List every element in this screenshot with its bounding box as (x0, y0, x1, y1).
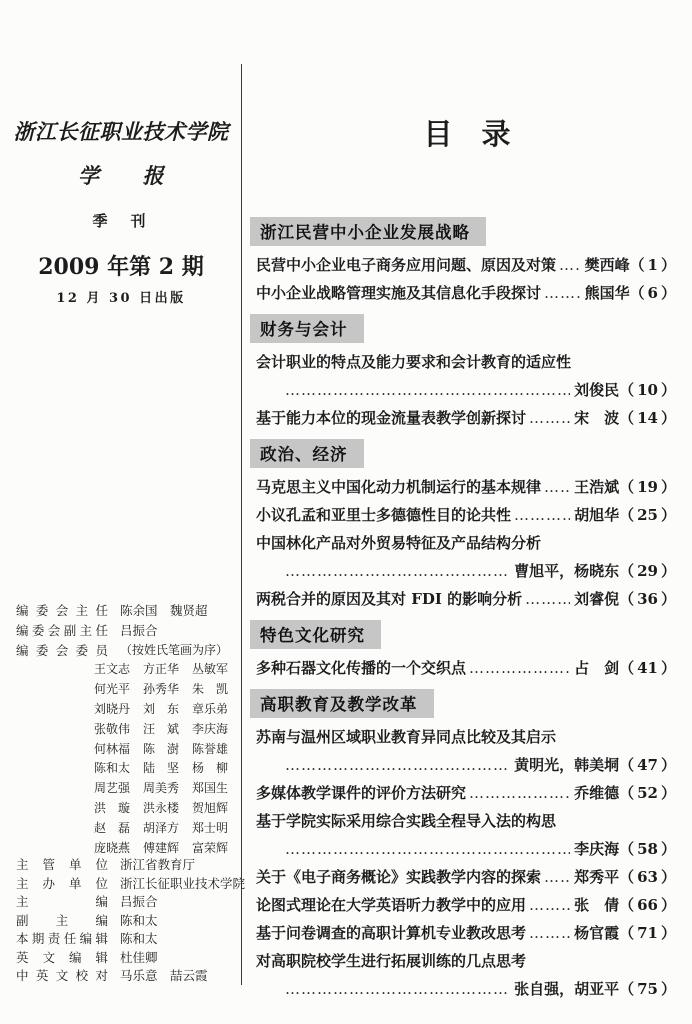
toc-article-line: 小议孔孟和亚里士多德德性目的论共性胡旭华（ 25 ） (256, 501, 676, 529)
committee-name-row: 何光平孙秀华朱 凯 (94, 680, 228, 700)
journal-toc-page: 浙江长征职业技术学院 学 报 季 刊 2009 年第 2 期 12 月 30 日… (0, 0, 692, 1024)
committee-name-row: 何林福陈 澍陈誉雄 (94, 740, 228, 760)
publication-info-block: 主管单位浙江省教育厅主办单位浙江长征职业技术学院主编吕振合副主编陈和太本期责任编… (16, 856, 240, 986)
toc-article-title-line: 对高职院校学生进行拓展训练的几点思考 (256, 947, 676, 975)
toc-article-title: 关于《电子商务概论》实践教学内容的探索 (256, 863, 541, 891)
toc-article-line: 多种石器文化传播的一个交织点占 剑（ 41 ） (256, 654, 676, 682)
journal-publish-date: 12 月 30 日出版 (0, 287, 242, 306)
publication-info-label: 中英文校对 (16, 967, 108, 986)
toc-article-line: 多媒体教学课件的评价方法研究乔维德（ 52 ） (256, 779, 676, 807)
toc-article-author-page: 李庆海（ 58 ） (570, 835, 676, 863)
toc-section-header-row: 浙江民营中小企业发展战略 (256, 210, 676, 251)
editorial-board-label: 编委会主任 (16, 601, 108, 621)
toc-article-line: 马克思主义中国化动力机制运行的基本规律王浩斌（ 19 ） (256, 473, 676, 501)
committee-member-name: 何光平 (94, 680, 130, 700)
toc-article-line: 两税合并的原因及其对 FDI 的影响分析刘睿倪（ 36 ） (256, 585, 676, 613)
committee-name-row: 赵 磊胡泽方郑士明 (94, 819, 228, 839)
toc-section-header-row: 特色文化研究 (256, 613, 676, 654)
publication-info-value: 浙江长征职业技术学院 (120, 875, 245, 894)
editorial-board-value: 陈余国 魏贤超 (120, 601, 208, 621)
toc-section: 高职教育及教学改革苏南与温州区域职业教育异同点比较及其启示黄明光，韩美垌（ 47… (256, 682, 676, 1003)
toc-article-author-page: 郑秀平（ 63 ） (570, 863, 676, 891)
committee-member-name: 郑国生 (192, 779, 228, 799)
publication-info-row: 主管单位浙江省教育厅 (16, 856, 240, 875)
committee-name-row: 张敬伟汪 斌李庆海 (94, 720, 228, 740)
toc-article-title-line: 中国林化产品对外贸易特征及产品结构分析 (256, 529, 676, 557)
toc-article-author-line: 李庆海（ 58 ） (256, 835, 676, 863)
toc-article-author-page: 宋 波（ 14 ） (570, 404, 676, 432)
committee-member-name: 李庆海 (192, 720, 228, 740)
toc-article-line: 基于问卷调查的高职计算机专业教改思考杨官霞（ 71 ） (256, 919, 676, 947)
editorial-board-value: 吕振合 (120, 621, 158, 641)
toc-dot-leader (526, 919, 570, 947)
journal-issue: 2009 年第 2 期 (0, 250, 242, 281)
toc-article-title: 多种石器文化传播的一个交织点 (256, 654, 466, 682)
editorial-board-row: 编委会主任陈余国 魏贤超 (16, 601, 240, 621)
committee-member-name: 赵 磊 (94, 819, 130, 839)
toc-article-title: 两税合并的原因及其对 FDI 的影响分析 (256, 585, 522, 613)
toc-article-author-page: 胡旭华（ 25 ） (570, 501, 676, 529)
toc-article-author-line: 刘俊民（ 10 ） (256, 376, 676, 404)
toc-article-title: 基于问卷调查的高职计算机专业教改思考 (256, 919, 526, 947)
journal-title-line2: 学 报 (0, 154, 242, 198)
editorial-board-block: 编委会主任陈余国 魏贤超编委会副主任吕振合编委会委员（按姓氏笔画为序） 王文志方… (16, 601, 240, 858)
publication-info-row: 主编吕振合 (16, 893, 240, 912)
committee-name-row: 陈和太陆 坚杨 柳 (94, 759, 228, 779)
toc-article-title-line: 基于学院实际采用综合实践全程导入法的构思 (256, 807, 676, 835)
toc-dot-leader (541, 863, 570, 891)
editorial-committee-list: 王文志方正华丛敏军何光平孙秀华朱 凯刘晓丹刘 东章乐弟张敬伟汪 斌李庆海何林福陈… (16, 660, 240, 858)
editorial-board-row: 编委会副主任吕振合 (16, 621, 240, 641)
toc-section-header: 政治、经济 (250, 439, 364, 468)
committee-name-row: 洪 璇洪永楼贺旭辉 (94, 799, 228, 819)
toc-dot-leader (282, 835, 570, 863)
toc-dot-leader (541, 279, 581, 307)
toc-article-author-page: 占 剑（ 41 ） (570, 654, 676, 682)
toc-dot-leader (282, 975, 510, 1003)
publication-info-value: 浙江省教育厅 (120, 856, 195, 875)
committee-member-name: 刘晓丹 (94, 700, 130, 720)
publication-info-row: 英文编辑杜佳卿 (16, 949, 240, 968)
toc-article-title: 多媒体教学课件的评价方法研究 (256, 779, 466, 807)
column-divider (241, 64, 242, 985)
toc-dot-leader (511, 501, 570, 529)
toc-article-title: 民营中小企业电子商务应用问题、原因及对策 (256, 251, 556, 279)
publication-info-label: 主办单位 (16, 875, 108, 894)
editorial-board-rows: 编委会主任陈余国 魏贤超编委会副主任吕振合编委会委员（按姓氏笔画为序） (16, 601, 240, 660)
toc-dot-leader (522, 585, 570, 613)
toc-article-author-page: 张自强，胡亚平（ 75 ） (510, 975, 676, 1003)
toc-dot-leader (556, 251, 581, 279)
toc-article-author-page: 张 倩（ 66 ） (570, 891, 676, 919)
publication-info-label: 副主编 (16, 912, 108, 931)
toc-dot-leader (282, 751, 510, 779)
toc-article-author-page: 乔维德（ 52 ） (570, 779, 676, 807)
toc-dot-leader (526, 891, 570, 919)
publication-info-value: 马乐意 喆云霞 (120, 967, 208, 986)
committee-member-name: 郑士明 (192, 819, 228, 839)
toc-article-author-page: 杨官霞（ 71 ） (570, 919, 676, 947)
toc-article-title: 苏南与温州区域职业教育异同点比较及其启示 (256, 723, 556, 751)
toc-article-title: 基于能力本位的现金流量表教学创新探讨 (256, 404, 526, 432)
toc-title: 目 录 (242, 112, 692, 153)
editorial-board-row: 编委会委员（按姓氏笔画为序） (16, 641, 240, 661)
committee-member-name: 章乐弟 (192, 700, 228, 720)
toc-section: 特色文化研究多种石器文化传播的一个交织点占 剑（ 41 ） (256, 613, 676, 682)
committee-member-name: 何林福 (94, 740, 130, 760)
toc-article-line: 关于《电子商务概论》实践教学内容的探索郑秀平（ 63 ） (256, 863, 676, 891)
toc-article-line: 中小企业战略管理实施及其信息化手段探讨熊国华（ 6 ） (256, 279, 676, 307)
journal-title-line1: 浙江长征职业技术学院 (0, 110, 242, 154)
toc-section: 政治、经济马克思主义中国化动力机制运行的基本规律王浩斌（ 19 ）小议孔孟和亚里… (256, 432, 676, 613)
toc-article-line: 论图式理论在大学英语听力教学中的应用张 倩（ 66 ） (256, 891, 676, 919)
toc-article-title: 中小企业战略管理实施及其信息化手段探讨 (256, 279, 541, 307)
toc-section: 浙江民营中小企业发展战略民营中小企业电子商务应用问题、原因及对策樊西峰（ 1 ）… (256, 210, 676, 307)
committee-member-name: 陈誉雄 (192, 740, 228, 760)
toc-article-author-line: 张自强，胡亚平（ 75 ） (256, 975, 676, 1003)
committee-member-name: 方正华 (143, 660, 179, 680)
publication-info-value: 吕振合 (120, 893, 158, 912)
toc-section-header: 浙江民营中小企业发展战略 (250, 217, 486, 246)
committee-member-name: 周美秀 (143, 779, 179, 799)
publication-info-value: 陈和太 (120, 930, 158, 949)
toc-article-author-page: 熊国华（ 6 ） (581, 279, 676, 307)
toc-article-title: 中国林化产品对外贸易特征及产品结构分析 (256, 529, 541, 557)
toc-article-author-page: 黄明光，韩美垌（ 47 ） (510, 751, 676, 779)
publication-info-value: 陈和太 (120, 912, 158, 931)
toc-section-header: 财务与会计 (250, 314, 364, 343)
toc-article-title-line: 苏南与温州区域职业教育异同点比较及其启示 (256, 723, 676, 751)
committee-member-name: 胡泽方 (143, 819, 179, 839)
toc-article-author-page: 曹旭平，杨晓东（ 29 ） (510, 557, 676, 585)
toc-dot-leader (466, 779, 570, 807)
toc-article-title: 马克思主义中国化动力机制运行的基本规律 (256, 473, 541, 501)
journal-title: 浙江长征职业技术学院 学 报 (0, 110, 242, 198)
committee-member-name: 周艺强 (94, 779, 130, 799)
publication-info-row: 中英文校对马乐意 喆云霞 (16, 967, 240, 986)
committee-name-row: 周艺强周美秀郑国生 (94, 779, 228, 799)
toc-section-header: 高职教育及教学改革 (250, 689, 434, 718)
toc-section: 财务与会计会计职业的特点及能力要求和会计教育的适应性刘俊民（ 10 ）基于能力本… (256, 307, 676, 432)
committee-member-name: 杨 柳 (192, 759, 228, 779)
toc-article-title: 基于学院实际采用综合实践全程导入法的构思 (256, 807, 556, 835)
publication-info-row: 副主编陈和太 (16, 912, 240, 931)
toc-article-title: 论图式理论在大学英语听力教学中的应用 (256, 891, 526, 919)
committee-member-name: 陈 澍 (143, 740, 179, 760)
committee-member-name: 刘 东 (143, 700, 179, 720)
publication-info-value: 杜佳卿 (120, 949, 158, 968)
committee-member-name: 洪 璇 (94, 799, 130, 819)
editorial-board-value: （按姓氏笔画为序） (120, 641, 228, 661)
editorial-board-label: 编委会委员 (16, 641, 108, 661)
committee-member-name: 孙秀华 (143, 680, 179, 700)
toc-article-line: 民营中小企业电子商务应用问题、原因及对策樊西峰（ 1 ） (256, 251, 676, 279)
toc-dot-leader (541, 473, 570, 501)
journal-frequency: 季 刊 (0, 210, 242, 231)
committee-member-name: 汪 斌 (143, 720, 179, 740)
toc-article-title-line: 会计职业的特点及能力要求和会计教育的适应性 (256, 348, 676, 376)
toc-dot-leader (466, 654, 570, 682)
toc-article-author-page: 樊西峰（ 1 ） (581, 251, 676, 279)
committee-member-name: 贺旭辉 (192, 799, 228, 819)
committee-name-row: 刘晓丹刘 东章乐弟 (94, 700, 228, 720)
publication-info-label: 主编 (16, 893, 108, 912)
committee-member-name: 王文志 (94, 660, 130, 680)
toc-article-author-page: 刘俊民（ 10 ） (570, 376, 676, 404)
editorial-board-label: 编委会副主任 (16, 621, 108, 641)
toc-article-author-line: 曹旭平，杨晓东（ 29 ） (256, 557, 676, 585)
committee-member-name: 朱 凯 (192, 680, 228, 700)
committee-member-name: 洪永楼 (143, 799, 179, 819)
toc-dot-leader (282, 557, 510, 585)
publication-info-label: 本期责任编辑 (16, 930, 108, 949)
committee-member-name: 丛敏军 (192, 660, 228, 680)
toc-article-author-line: 黄明光，韩美垌（ 47 ） (256, 751, 676, 779)
committee-member-name: 陈和太 (94, 759, 130, 779)
publication-info-row: 主办单位浙江长征职业技术学院 (16, 875, 240, 894)
toc-section-header-row: 高职教育及教学改革 (256, 682, 676, 723)
toc-article-line: 基于能力本位的现金流量表教学创新探讨宋 波（ 14 ） (256, 404, 676, 432)
toc-article-title: 会计职业的特点及能力要求和会计教育的适应性 (256, 348, 571, 376)
toc-section-header-row: 政治、经济 (256, 432, 676, 473)
publication-info-label: 主管单位 (16, 856, 108, 875)
toc-article-title: 小议孔孟和亚里士多德德性目的论共性 (256, 501, 511, 529)
publication-info-label: 英文编辑 (16, 949, 108, 968)
toc-section-header: 特色文化研究 (250, 620, 381, 649)
toc-sections: 浙江民营中小企业发展战略民营中小企业电子商务应用问题、原因及对策樊西峰（ 1 ）… (256, 210, 676, 1003)
committee-name-row: 王文志方正华丛敏军 (94, 660, 228, 680)
publication-info-row: 本期责任编辑陈和太 (16, 930, 240, 949)
toc-article-title: 对高职院校学生进行拓展训练的几点思考 (256, 947, 526, 975)
committee-member-name: 陆 坚 (143, 759, 179, 779)
committee-member-name: 张敬伟 (94, 720, 130, 740)
toc-section-header-row: 财务与会计 (256, 307, 676, 348)
toc-article-author-page: 王浩斌（ 19 ） (570, 473, 676, 501)
toc-dot-leader (282, 376, 570, 404)
toc-article-author-page: 刘睿倪（ 36 ） (570, 585, 676, 613)
toc-dot-leader (526, 404, 570, 432)
